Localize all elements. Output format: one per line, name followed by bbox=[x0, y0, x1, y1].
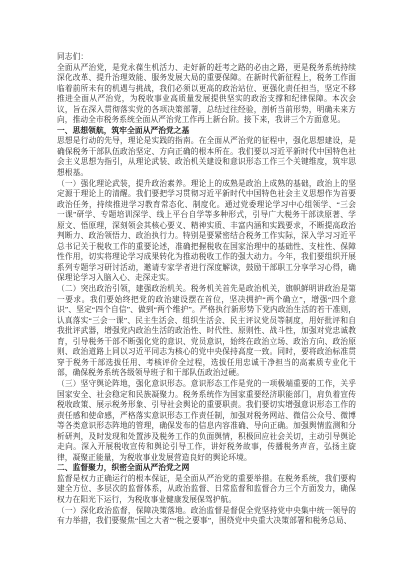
document-content: 同志们： 全面从严治党，是党永葆生机活力、走好新的赶考之路的必由之路，更是税务系… bbox=[57, 52, 356, 527]
document-body: 全面从严治党，是党永葆生机活力、走好新的赶考之路的必由之路，更是税务系统持续深化… bbox=[57, 63, 356, 527]
paragraph: （一）深化政治监督，保障决策落地。政治监督是督促全党坚持党中央集中统一领导的有力… bbox=[57, 506, 356, 527]
paragraph: 思想是行动的先导，理论是实践的指南。在全面从严治党的征程中，强化思想建设，是确保… bbox=[57, 136, 356, 178]
section-heading: 一、思想领航，筑牢全面从严治党之基 bbox=[57, 126, 356, 137]
paragraph: 全面从严治党，是党永葆生机活力、走好新的赶考之路的必由之路，更是税务系统持续深化… bbox=[57, 63, 356, 126]
document-page: 同志们： 全面从严治党，是党永葆生机活力、走好新的赶考之路的必由之路，更是税务系… bbox=[0, 0, 410, 580]
paragraph: （二）突出政治引领，建强政治机关。税务机关首先是政治机关，旗帜鲜明讲政治是第一要… bbox=[57, 284, 356, 379]
paragraph: （三）坚守舆论阵地，强化意识形态。意识形态工作是党的一项极端重要的工作，关乎国家… bbox=[57, 379, 356, 463]
paragraph: （一）强化理论武装，提升政治素养。理论上的成熟是政治上成熟的基础，政治上的坚定源… bbox=[57, 179, 356, 284]
salutation: 同志们： bbox=[57, 52, 356, 63]
section-heading: 二、监督聚力，织密全面从严治党之网 bbox=[57, 463, 356, 474]
paragraph: 监督是权力正确运行的根本保证，是全面从严治党的重要举措。在税务系统，我们要构建全… bbox=[57, 474, 356, 506]
